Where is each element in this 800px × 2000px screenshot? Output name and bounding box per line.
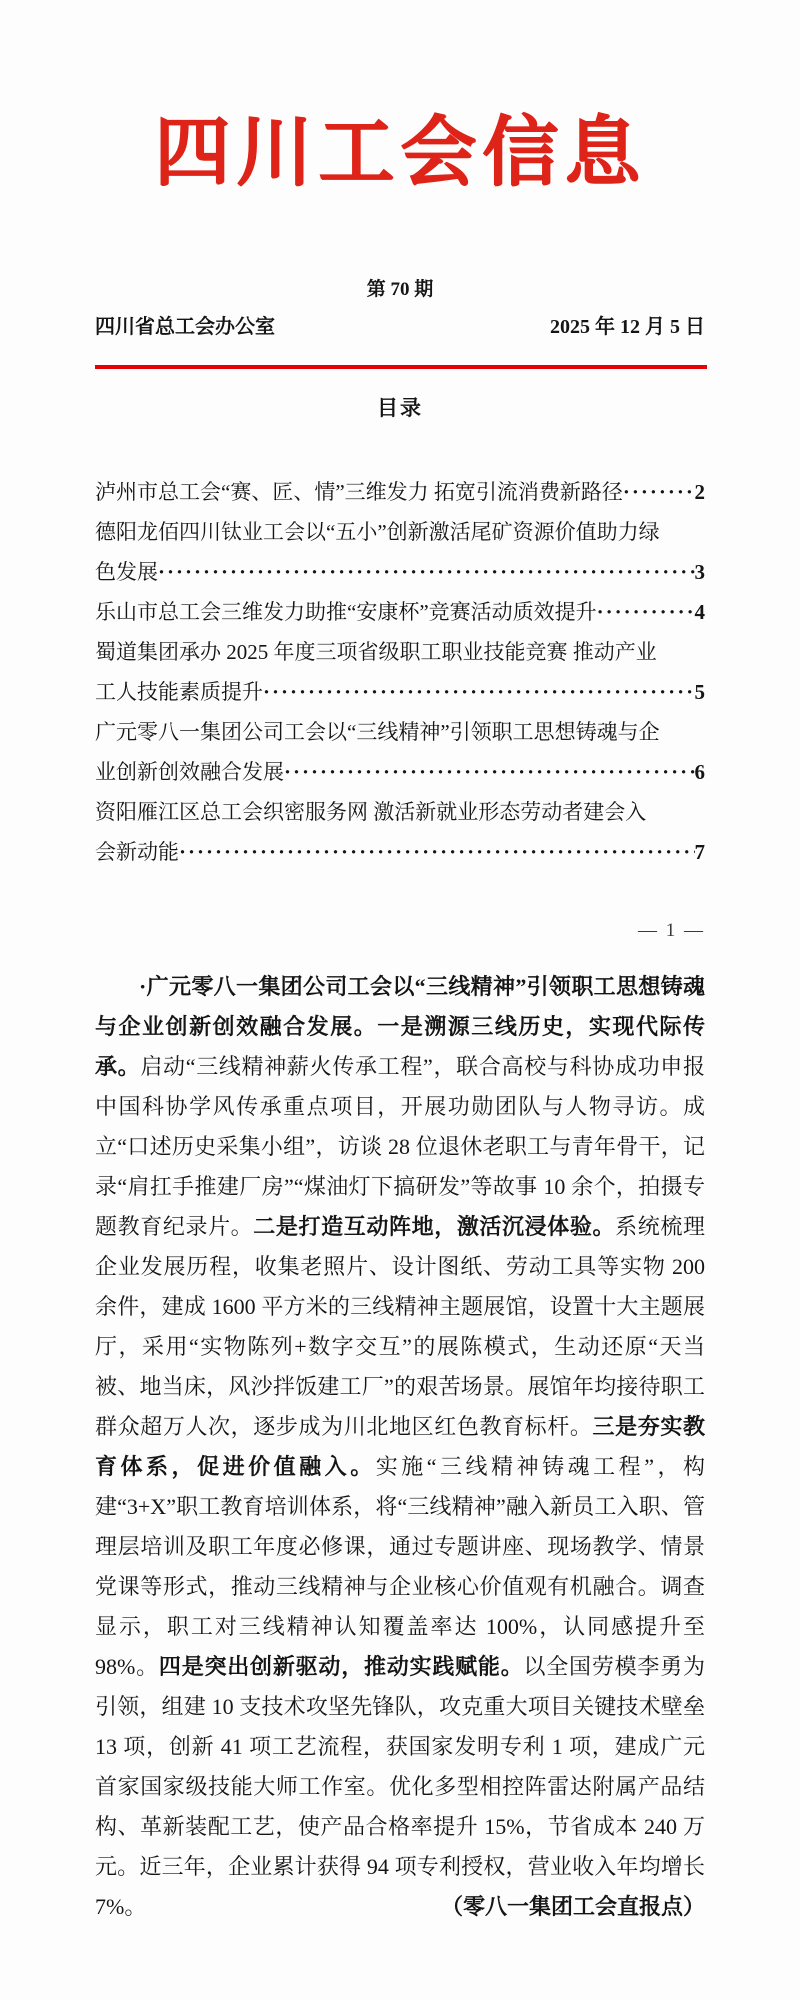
toc-entry: 乐山市总工会三维发力助推“安康杯”竞赛活动质效提升 4 — [95, 592, 705, 632]
toc-page-number: 2 — [695, 472, 706, 512]
toc-entry-title[interactable]: 色发展 — [95, 552, 158, 592]
dot-leader — [597, 592, 695, 632]
dot-leader — [158, 552, 695, 592]
masthead-title: 四川工会信息 — [0, 0, 800, 194]
toc-page-number: 5 — [695, 672, 706, 712]
toc-page-number: 4 — [695, 592, 706, 632]
bulletin-page: 四川工会信息 第 70 期 四川省总工会办公室 2025 年 12 月 5 日 … — [0, 0, 800, 2000]
toc-entry-title[interactable]: 蜀道集团承办 2025 年度三项省级职工职业技能竞赛 推动产业 — [95, 632, 705, 672]
publishing-office: 四川省总工会办公室 — [95, 317, 275, 337]
article-body: ·广元零八一集团公司工会以“三线精神”引领职工思想铸魂与企业创新创效融合发展。一… — [95, 967, 705, 1927]
dot-leader — [623, 472, 695, 512]
dot-leader — [284, 752, 695, 792]
toc-entry-title[interactable]: 会新动能 — [95, 832, 179, 872]
toc-entry: 资阳雁江区总工会织密服务网 激活新就业形态劳动者建会入 会新动能 7 — [95, 792, 705, 872]
masthead-divider-rule — [95, 365, 707, 369]
toc-page-number: 6 — [695, 752, 706, 792]
dot-leader — [179, 832, 695, 872]
publication-date: 2025 年 12 月 5 日 — [550, 317, 705, 337]
publication-row: 四川省总工会办公室 2025 年 12 月 5 日 — [95, 317, 705, 337]
dot-leader — [263, 672, 695, 712]
toc-entry-title[interactable]: 工人技能素质提升 — [95, 672, 263, 712]
toc-page-number: 3 — [695, 552, 706, 592]
toc-heading: 目录 — [0, 398, 800, 419]
article-text: ·广元零八一集团公司工会以“三线精神”引领职工思想铸魂与企业创新创效融合发展。一… — [95, 974, 705, 1919]
issue-number: 第 70 期 — [0, 280, 800, 299]
toc-entry: 广元零八一集团公司工会以“三线精神”引领职工思想铸魂与企 业创新创效融合发展 6 — [95, 712, 705, 792]
article-attribution: （零八一集团工会直报点） — [441, 1887, 705, 1927]
toc-entry: 蜀道集团承办 2025 年度三项省级职工职业技能竞赛 推动产业 工人技能素质提升… — [95, 632, 705, 712]
toc-page-number: 7 — [695, 832, 706, 872]
toc-entry-title[interactable]: 业创新创效融合发展 — [95, 752, 284, 792]
toc-entry-title[interactable]: 广元零八一集团公司工会以“三线精神”引领职工思想铸魂与企 — [95, 712, 705, 752]
toc-entry: 德阳龙佰四川钛业工会以“五小”创新激活尾矿资源价值助力绿 色发展 3 — [95, 512, 705, 592]
toc-entry-title[interactable]: 资阳雁江区总工会织密服务网 激活新就业形态劳动者建会入 — [95, 792, 705, 832]
toc-entry: 泸州市总工会“赛、匠、情”三维发力 拓宽引流消费新路径 2 — [95, 472, 705, 512]
toc-entry-title[interactable]: 泸州市总工会“赛、匠、情”三维发力 拓宽引流消费新路径 — [95, 472, 623, 512]
toc-entry-title[interactable]: 德阳龙佰四川钛业工会以“五小”创新激活尾矿资源价值助力绿 — [95, 512, 705, 552]
toc-entry-title[interactable]: 乐山市总工会三维发力助推“安康杯”竞赛活动质效提升 — [95, 592, 597, 632]
folio-page-number: — 1 — — [95, 921, 705, 941]
table-of-contents: 泸州市总工会“赛、匠、情”三维发力 拓宽引流消费新路径 2 德阳龙佰四川钛业工会… — [95, 472, 705, 872]
